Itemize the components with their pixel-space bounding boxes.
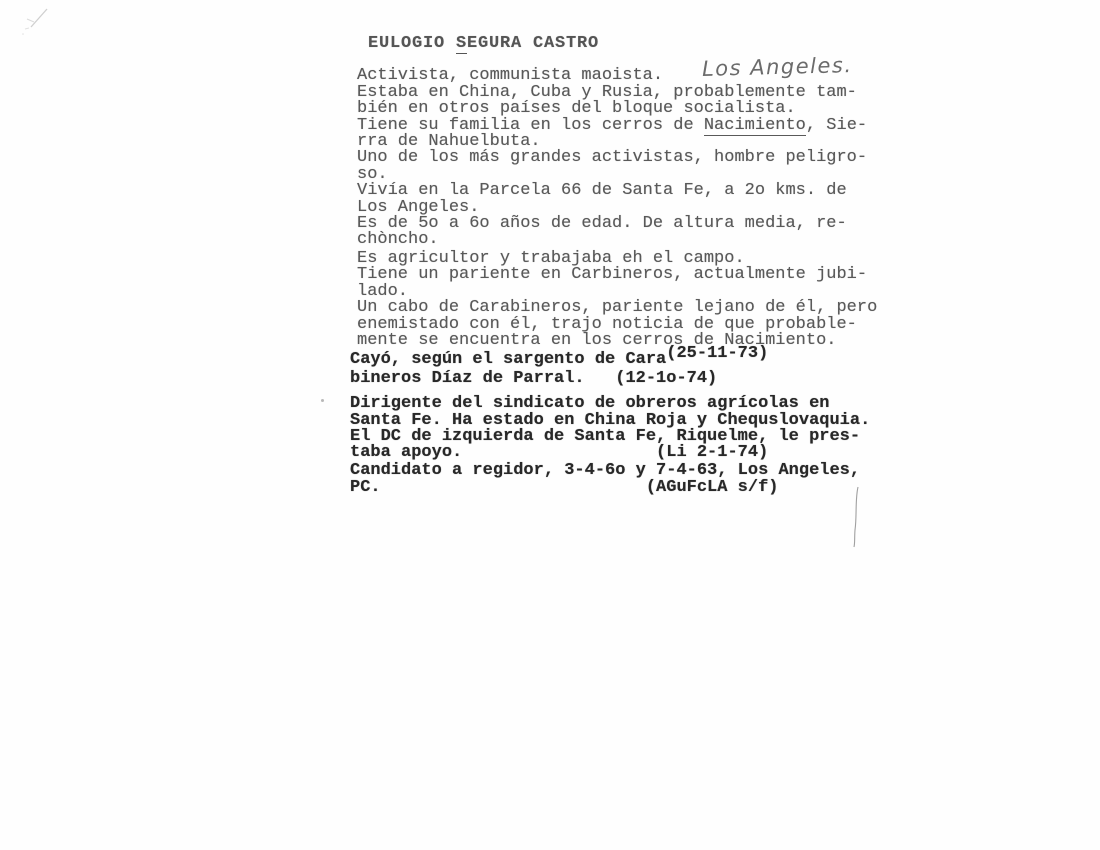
typed-section-dark: Cayó, según el sargento de Cara(25-11-73… [350, 352, 957, 496]
typed-line: bineros Díaz de Parral. (12-1o-74) [350, 371, 957, 387]
typed-line: chòncho. [357, 232, 957, 248]
typed-line: taba apoyo. (Li 2-1-74) [350, 445, 957, 461]
pencil-scribble-mark [16, 4, 64, 40]
typed-section-light: Activista, communista maoista.Estaba en … [357, 68, 957, 349]
vertical-pen-mark [851, 486, 861, 548]
typed-line: Tiene un pariente en Carbineros, actualm… [357, 267, 957, 283]
typed-line: EULOGIO SEGURA CASTRO [368, 36, 957, 52]
typed-line: Es de 5o a 6o años de edad. De altura me… [357, 216, 957, 232]
typed-body: EULOGIO SEGURA CASTROActivista, communis… [357, 36, 957, 497]
typed-line: Uno de los más grandes activistas, hombr… [357, 150, 957, 166]
typed-line: Candidato a regidor, 3-4-6o y 7-4-63, Lo… [350, 463, 957, 479]
ink-speck [321, 399, 324, 402]
typed-line: PC. (AGuFcLA s/f) [350, 480, 957, 496]
typed-line: mente se encuentra en los cerros de Naci… [357, 333, 957, 349]
doc-header: EULOGIO SEGURA CASTRO [357, 36, 957, 52]
typed-line: Cayó, según el sargento de Cara(25-11-73… [350, 352, 957, 368]
scanned-document-page: Los Angeles. EULOGIO SEGURA CASTROActivi… [0, 0, 1100, 850]
